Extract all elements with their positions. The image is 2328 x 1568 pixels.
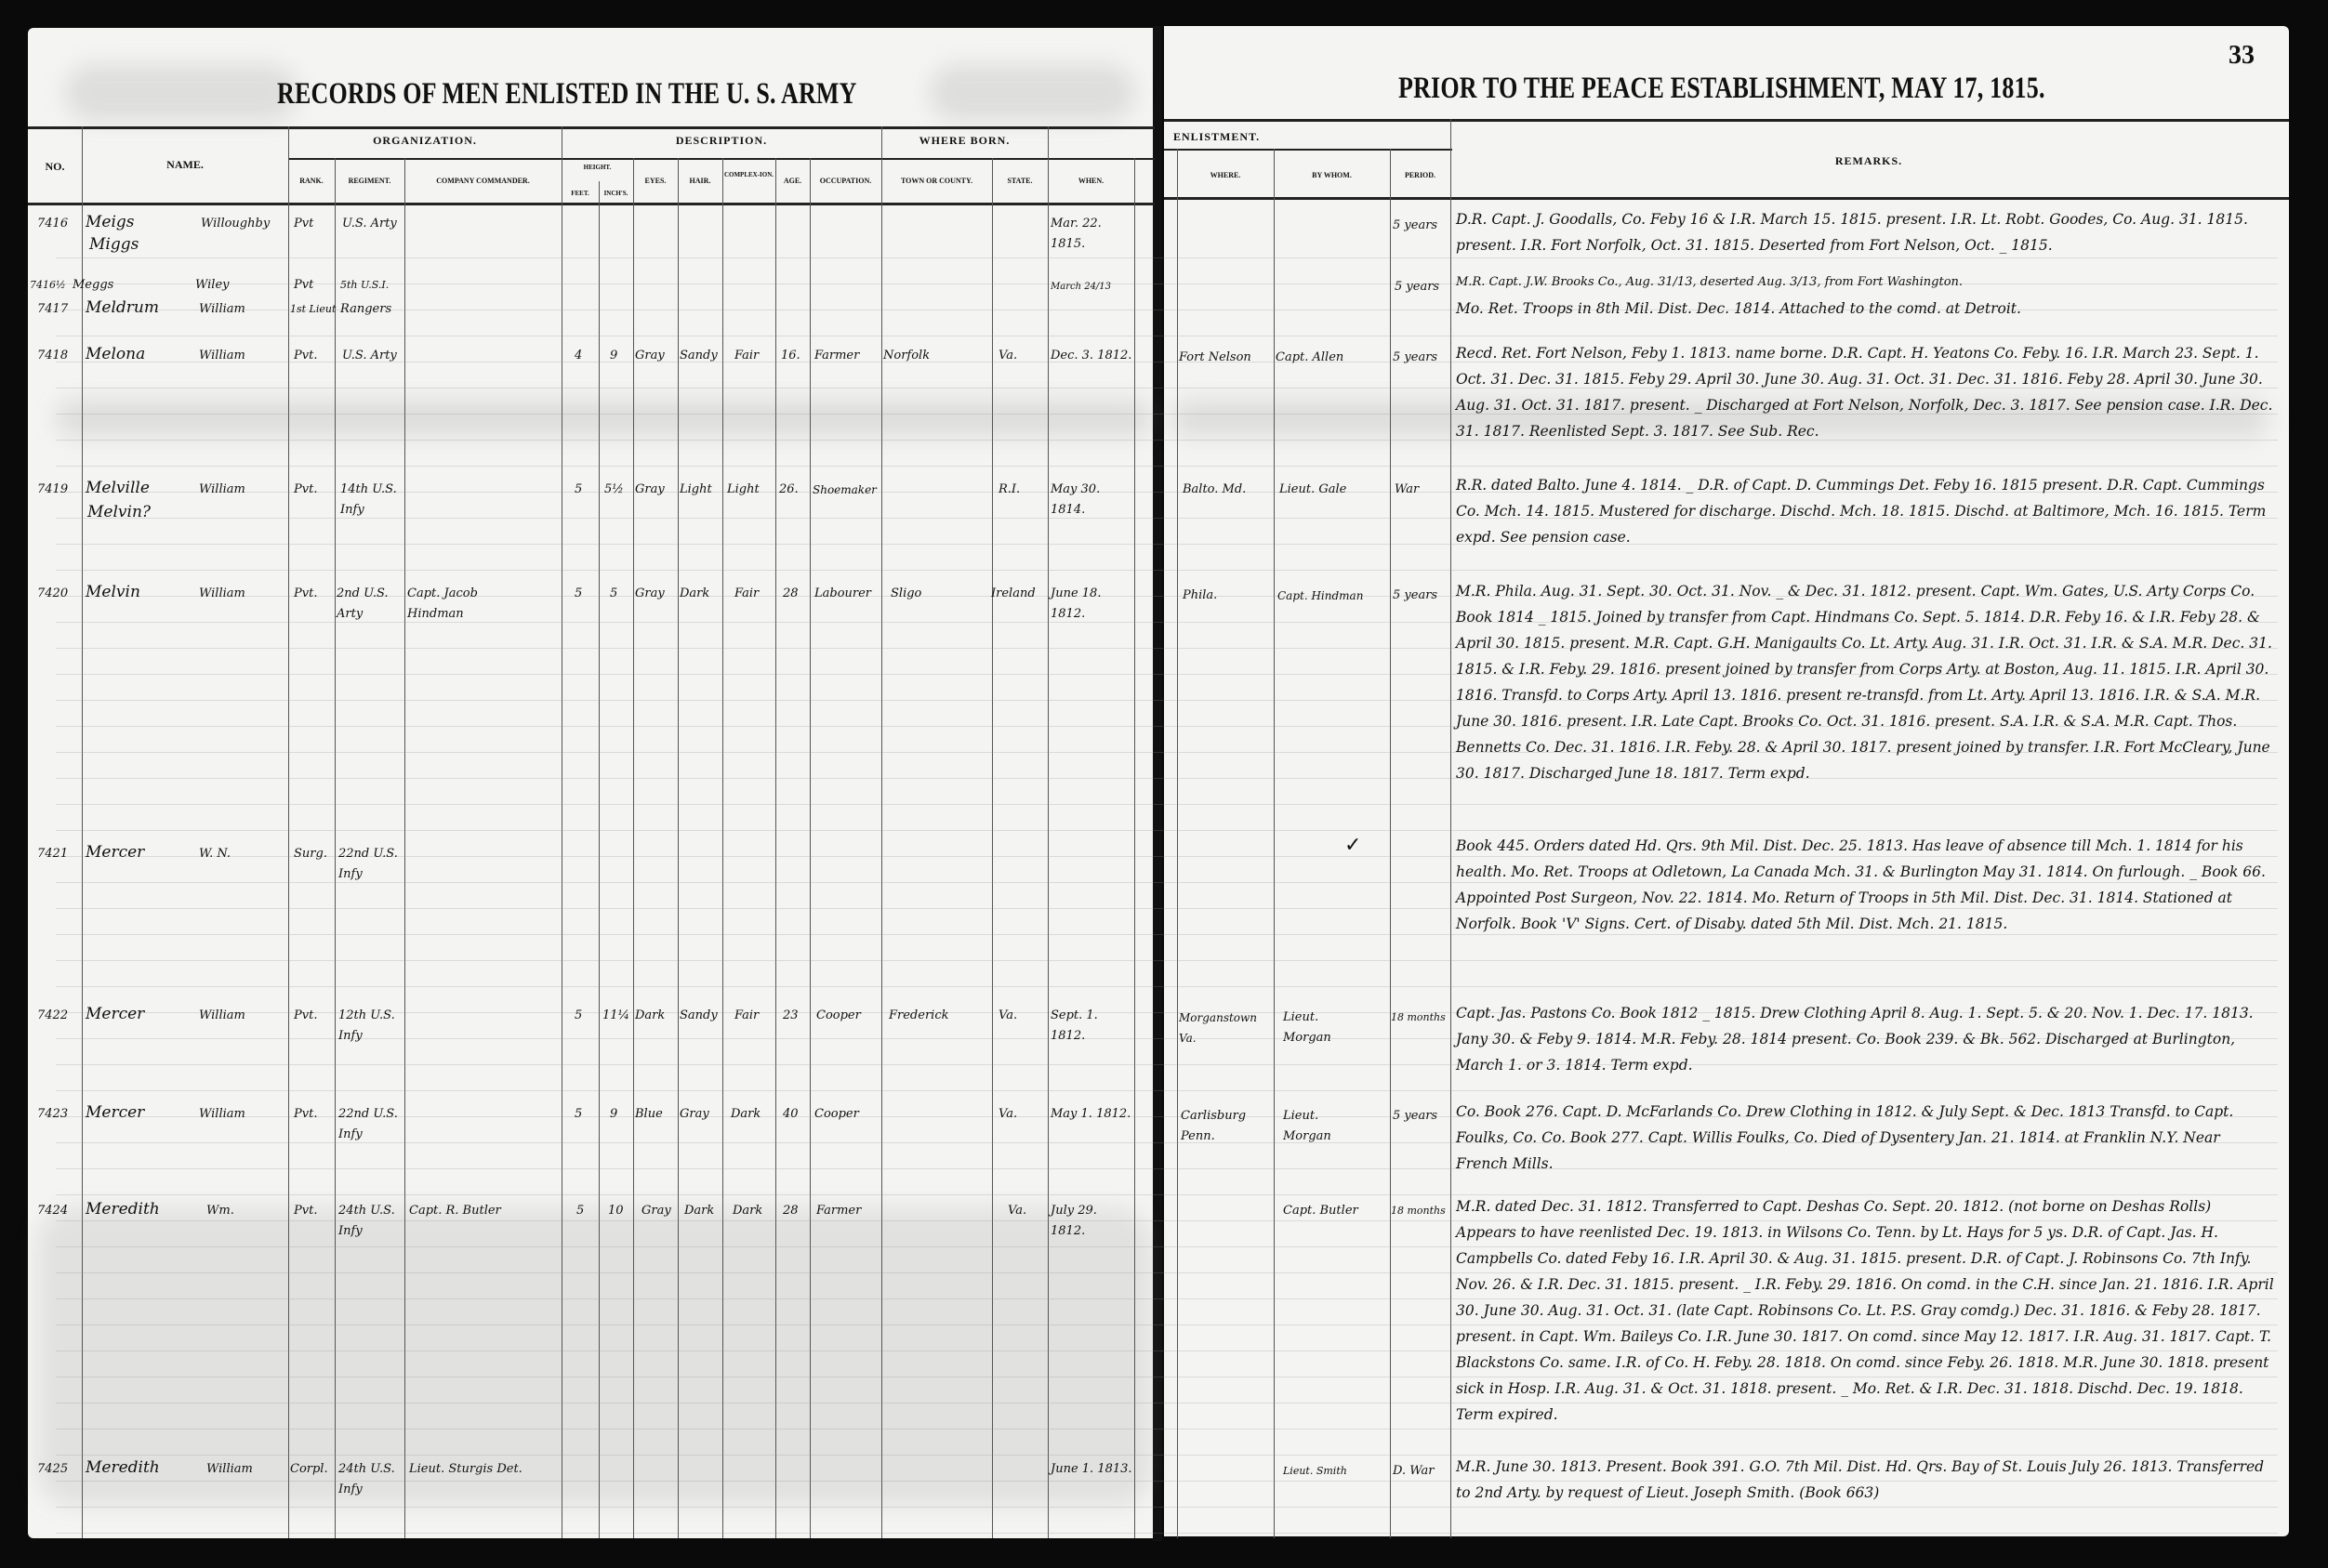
record-surname: Mercer <box>86 1004 144 1024</box>
record-rank: Surg. <box>294 844 327 864</box>
record-remarks: M.R. dated Dec. 31. 1812. Transferred to… <box>1456 1193 2274 1428</box>
record-when: May 30. 1814. <box>1051 480 1132 520</box>
record-number: 7424 <box>37 1201 68 1221</box>
record-surname: Mercer <box>86 842 144 863</box>
header-regiment: REGIMENT. <box>335 177 404 185</box>
record-occupation: Farmer <box>816 1201 861 1221</box>
header-hair: HAIR. <box>678 177 722 185</box>
record-number: 7418 <box>37 346 68 366</box>
record-surname: Meggs <box>73 275 113 296</box>
record-remarks: Book 445. Orders dated Hd. Qrs. 9th Mil.… <box>1456 833 2274 937</box>
record-inches: 9 <box>610 346 617 366</box>
header-eyes: EYES. <box>633 177 678 185</box>
record-feet: 5 <box>575 480 582 500</box>
record-enlist-where: Morganstown Va. <box>1179 1008 1272 1048</box>
header-company-commander: COMPANY COMMANDER. <box>404 177 562 185</box>
record-feet: 5 <box>575 584 582 604</box>
record-number: 7422 <box>37 1006 68 1026</box>
record-inches: 11¼ <box>602 1006 629 1026</box>
record-occupation: Farmer <box>814 346 859 366</box>
record-state: Va. <box>999 1006 1017 1026</box>
header-period: PERIOD. <box>1390 171 1450 179</box>
record-regiment: 22nd U.S. Infy <box>338 844 402 885</box>
record-period: 18 months <box>1391 1201 1446 1221</box>
record-occupation: Labourer <box>814 584 871 604</box>
record-given-name: William <box>199 1104 245 1125</box>
record-number: 7416 <box>37 214 68 234</box>
record-when: March 24/13 <box>1051 277 1111 297</box>
header-top-rule <box>28 126 1155 129</box>
record-complexion: Light <box>727 480 760 500</box>
record-town: Frederick <box>889 1006 948 1026</box>
record-enlist-by-whom: Lieut. Morgan <box>1283 1106 1367 1147</box>
record-eyes: Gray <box>635 480 665 500</box>
record-enlist-where: Carlisburg Penn. <box>1181 1106 1270 1147</box>
record-period: 18 months <box>1391 1008 1446 1028</box>
header-top-rule <box>1164 119 2289 122</box>
record-rank: 1st Lieut <box>290 299 336 320</box>
record-when: Dec. 3. 1812. <box>1051 346 1132 366</box>
record-hair: Dark <box>680 584 709 604</box>
record-age: 16. <box>781 346 800 366</box>
record-when: June 1. 1813. <box>1051 1459 1132 1480</box>
record-feet: 4 <box>575 346 582 366</box>
page-stain <box>65 65 298 121</box>
record-surname-alt: Melvin? <box>87 502 151 522</box>
record-number: 7425 <box>37 1459 68 1480</box>
record-period: 5 years <box>1393 348 1437 368</box>
record-regiment: 5th U.S.I. <box>340 275 389 296</box>
record-rank: Pvt. <box>294 584 317 604</box>
record-rank: Pvt. <box>294 346 317 366</box>
record-period: 5 years <box>1393 216 1437 236</box>
page-stain <box>930 65 1134 121</box>
record-enlist-by-whom: Lieut. Morgan <box>1283 1008 1367 1048</box>
record-remarks: M.R. Capt. J.W. Brooks Co., Aug. 31/13, … <box>1456 270 2274 296</box>
record-town: Sligo <box>891 584 921 604</box>
record-feet: 5 <box>576 1201 584 1221</box>
record-company-commander: Capt. R. Butler <box>409 1201 501 1221</box>
record-regiment: U.S. Arty <box>342 214 400 234</box>
record-eyes: Dark <box>635 1006 665 1026</box>
record-period: 5 years <box>1393 1106 1437 1127</box>
record-inches: 9 <box>610 1104 617 1125</box>
record-period: 5 years <box>1395 277 1439 297</box>
record-enlist-where: Phila. <box>1183 586 1217 606</box>
header-bottom-rule <box>1164 197 2289 200</box>
record-remarks: Recd. Ret. Fort Nelson, Feby 1. 1813. na… <box>1456 340 2274 444</box>
header-where: WHERE. <box>1177 171 1274 179</box>
record-number: 7416½ <box>30 275 66 296</box>
record-when: June 18. 1812. <box>1051 584 1132 625</box>
record-surname: Melville <box>86 478 150 498</box>
record-regiment: Rangers <box>340 299 391 320</box>
record-enlist-by-whom: Capt. Allen <box>1276 348 1343 368</box>
record-occupation: Cooper <box>814 1104 859 1125</box>
record-given-name: William <box>199 584 245 604</box>
record-rank: Corpl. <box>290 1459 328 1480</box>
record-enlist-by-whom: Lieut. Gale <box>1279 480 1346 500</box>
record-when: July 29. 1812. <box>1051 1201 1132 1242</box>
record-regiment: 24th U.S. Infy <box>338 1201 402 1242</box>
record-period: 5 years <box>1393 586 1437 606</box>
record-given-name: William <box>206 1459 253 1480</box>
right-page-title: PRIOR TO THE PEACE ESTABLISHMENT, MAY 17… <box>1398 71 2045 106</box>
record-surname: Mercer <box>86 1102 144 1123</box>
record-regiment: 24th U.S. Infy <box>338 1459 402 1500</box>
record-when: May 1. 1812. <box>1051 1104 1132 1125</box>
record-occupation: Cooper <box>816 1006 861 1026</box>
header-where-born: WHERE BORN. <box>881 134 1048 148</box>
record-when: Mar. 22. 1815. <box>1051 214 1132 255</box>
record-state: R.I. <box>999 480 1020 500</box>
header-by-whom: BY WHOM. <box>1274 171 1390 179</box>
header-occupation: OCCUPATION. <box>810 177 881 185</box>
record-enlist-by-whom: Lieut. Smith <box>1283 1461 1347 1482</box>
left-page-title: RECORDS OF MEN ENLISTED IN THE U. S. ARM… <box>277 76 857 112</box>
header-enlistment: ENLISTMENT. <box>1173 130 1303 144</box>
record-rank: Pvt <box>294 275 313 296</box>
record-given-name: William <box>199 1006 245 1026</box>
record-remarks: M.R. Phila. Aug. 31. Sept. 30. Oct. 31. … <box>1456 578 2274 786</box>
record-regiment: 14th U.S. Infy <box>340 480 402 520</box>
record-regiment: 22nd U.S. Infy <box>338 1104 402 1145</box>
record-eyes: Blue <box>635 1104 663 1125</box>
record-remarks: D.R. Capt. J. Goodalls, Co. Feby 16 & I.… <box>1456 206 2274 258</box>
record-rank: Pvt <box>294 214 313 234</box>
header-rank: RANK. <box>288 177 335 185</box>
record-complexion: Fair <box>734 584 759 604</box>
record-given-name: Wiley <box>195 275 230 296</box>
record-remarks: R.R. dated Balto. June 4. 1814. _ D.R. o… <box>1456 472 2274 550</box>
record-surname-alt: Miggs <box>89 234 139 255</box>
record-surname: Meredith <box>86 1457 160 1478</box>
record-number: 7420 <box>37 584 68 604</box>
record-surname: Meldrum <box>86 297 159 318</box>
header-remarks: REMARKS. <box>1450 154 2287 168</box>
record-number: 7417 <box>37 299 68 320</box>
record-period: D. War <box>1393 1461 1434 1482</box>
record-eyes: Gray <box>642 1201 671 1221</box>
record-state: Va. <box>1008 1201 1026 1221</box>
record-given-name: Wm. <box>206 1201 234 1221</box>
record-age: 28 <box>783 584 799 604</box>
header-complexion: COMPLEX-ION. <box>722 171 775 178</box>
record-hair: Sandy <box>680 1006 718 1026</box>
record-remarks: Co. Book 276. Capt. D. McFarlands Co. Dr… <box>1456 1099 2274 1177</box>
record-complexion: Dark <box>733 1201 762 1221</box>
page-number: 33 <box>2229 41 2255 71</box>
record-feet: 5 <box>575 1006 582 1026</box>
header-bottom-rule <box>28 203 1155 205</box>
record-remarks: M.R. June 30. 1813. Present. Book 391. G… <box>1456 1454 2274 1506</box>
record-eyes: Gray <box>635 346 665 366</box>
record-state: Va. <box>999 1104 1017 1125</box>
record-hair: Light <box>680 480 712 500</box>
record-enlist-where: Fort Nelson <box>1179 348 1251 368</box>
record-number: 7423 <box>37 1104 68 1125</box>
record-hair: Gray <box>680 1104 709 1125</box>
record-rank: Pvt. <box>294 480 317 500</box>
header-state: STATE. <box>992 177 1048 185</box>
record-remarks: Capt. Jas. Pastons Co. Book 1812 _ 1815.… <box>1456 1000 2274 1078</box>
header-mid-rule <box>1164 149 1452 151</box>
record-remarks: Mo. Ret. Troops in 8th Mil. Dist. Dec. 1… <box>1456 296 2274 322</box>
record-occupation: Shoemaker <box>813 480 877 500</box>
record-regiment: 2nd U.S. Arty <box>337 584 402 625</box>
header-mid-rule <box>288 158 1155 160</box>
record-surname: Meredith <box>86 1199 160 1219</box>
header-inches: INCH'S. <box>599 190 633 197</box>
record-given-name: William <box>199 480 245 500</box>
record-complexion: Dark <box>731 1104 761 1125</box>
header-description: DESCRIPTION. <box>562 134 881 148</box>
record-age: 40 <box>783 1104 799 1125</box>
header-name: NAME. <box>82 158 288 172</box>
record-period: War <box>1395 480 1419 500</box>
header-no: No. <box>28 160 82 174</box>
record-given-name: William <box>199 346 245 366</box>
record-regiment: 12th U.S. Infy <box>338 1006 402 1047</box>
record-complexion: Fair <box>734 1006 759 1026</box>
record-inches: 10 <box>608 1201 624 1221</box>
record-age: 28 <box>783 1201 799 1221</box>
record-given-name: Willoughby <box>201 214 270 234</box>
record-rank: Pvt. <box>294 1006 317 1026</box>
record-when: Sept. 1. 1812. <box>1051 1006 1132 1047</box>
record-rank: Pvt. <box>294 1201 317 1221</box>
record-inches: 5½ <box>604 480 624 500</box>
record-enlist-by-whom: Capt. Butler <box>1283 1201 1358 1221</box>
header-feet: FEET. <box>562 190 599 197</box>
record-regiment: U.S. Arty <box>342 346 400 366</box>
record-inches: 5 <box>610 584 617 604</box>
record-age: 26. <box>779 480 799 500</box>
record-eyes: Gray <box>635 584 665 604</box>
record-company-commander: Lieut. Sturgis Det. <box>409 1459 522 1480</box>
header-organization: ORGANIZATION. <box>288 134 562 148</box>
record-hair: Dark <box>684 1201 714 1221</box>
header-age: AGE. <box>775 177 810 185</box>
record-given-name: William <box>199 299 245 320</box>
record-surname: Meigs <box>86 212 135 232</box>
record-number: 7419 <box>37 480 68 500</box>
record-state: Ireland <box>991 584 1036 604</box>
record-company-commander: Capt. Jacob Hindman <box>407 584 537 625</box>
record-hair: Sandy <box>680 346 718 366</box>
header-when: WHEN. <box>1048 177 1134 185</box>
checkmark-icon: ✓ <box>1344 833 1361 857</box>
record-town: Norfolk <box>883 346 930 366</box>
record-number: 7421 <box>37 844 68 864</box>
record-surname: Melvin <box>86 582 140 602</box>
record-rank: Pvt. <box>294 1104 317 1125</box>
header-height: HEIGHT. <box>562 164 633 171</box>
record-enlist-where: Balto. Md. <box>1183 480 1266 500</box>
record-age: 23 <box>783 1006 799 1026</box>
record-surname: Melona <box>86 344 145 364</box>
record-given-name: W. N. <box>199 844 231 864</box>
record-feet: 5 <box>575 1104 582 1125</box>
record-state: Va. <box>999 346 1017 366</box>
record-enlist-by-whom: Capt. Hindman <box>1277 586 1363 606</box>
record-complexion: Fair <box>734 346 759 366</box>
header-town-or-county: TOWN OR COUNTY. <box>881 177 992 185</box>
